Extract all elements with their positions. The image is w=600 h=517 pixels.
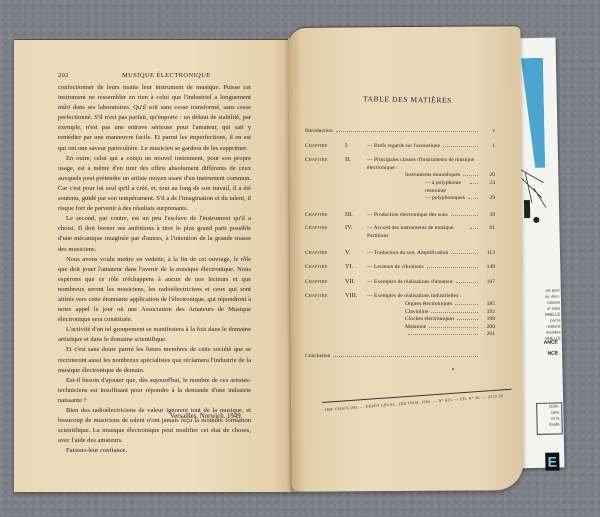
- paragraph: confectionner de leurs mains leur instru…: [58, 83, 251, 154]
- magazine-text: ole pourns, élec-raisonsur sansNNELLEpar…: [524, 287, 561, 342]
- toc-chapter-label: Chapitre: [305, 212, 345, 220]
- toc-chapter-label: Chapitre: [305, 143, 345, 151]
- toc-chapter-number: VIII.: [345, 292, 367, 300]
- page-number: 202: [58, 72, 69, 79]
- toc-leader-dots: [455, 304, 478, 305]
- toc-entry-title: — polyphoniques: [425, 195, 465, 203]
- toc-leader-dots: [336, 131, 478, 132]
- toc-entry: ChapitreIII.— Production électronique de…: [305, 211, 495, 220]
- toc-leader-dots: [463, 175, 478, 176]
- toc-entry: — à polyphonie restreinte24: [305, 180, 495, 195]
- toc-chapter-label: Chapitre: [305, 279, 345, 287]
- magazine-box: OUR-sansns laifsalle: [536, 402, 563, 435]
- toc-entry: 201: [305, 331, 495, 339]
- toc-entry: Matatone200: [305, 324, 495, 332]
- toc-entry: ChapitreIV.— Accord des instruments de m…: [305, 224, 495, 240]
- toc-leader-dots: [429, 327, 478, 328]
- toc-chapter-number: IV.: [345, 224, 367, 232]
- toc-page-number: 185: [481, 301, 495, 309]
- toc-chapter-label: Chapitre: [305, 250, 345, 258]
- toc-page-number: 29: [481, 195, 495, 203]
- signature: Versailles. Norwich. 1949.: [170, 413, 242, 420]
- table-of-contents: IntroductionvChapitreI.— Brefs regards s…: [305, 128, 495, 360]
- toc-entry-title: — à polyphonie restreinte: [425, 180, 467, 195]
- toc-chapter-label: Chapitre: [305, 225, 345, 233]
- toc-entry-title: Introduction: [305, 128, 333, 136]
- toc-page-number: 1: [481, 143, 495, 151]
- toc-page-number: 148: [481, 264, 495, 272]
- toc-leader-dots: [470, 183, 478, 184]
- toc-page-number: 167: [481, 279, 495, 287]
- toc-title: TABLE DES MATIÈRES: [363, 94, 452, 105]
- toc-entry: ChapitreV.— Traduction du son. Amplifica…: [305, 249, 495, 258]
- toc-entry-title: — Brefs regards sur l'acoustique: [367, 143, 440, 151]
- toc-page-number: 198: [481, 316, 495, 324]
- paper-spot: [452, 368, 454, 370]
- paragraph: En outre, celui qui a conçu un nouvel in…: [58, 154, 251, 215]
- toc-entry: ChapitreVI.— Lecteurs de vibrations148: [305, 263, 495, 272]
- toc-entry: Orgues électroniques185: [305, 301, 495, 309]
- toc-chapter-number: VI.: [345, 263, 367, 271]
- magazine-heading-2: NCE: [547, 350, 558, 356]
- paragraph: Le second, par contre, est un peu l'escl…: [58, 214, 251, 254]
- toc-entry-title: — Exemples de réalisations d'amateur: [367, 279, 453, 287]
- paragraph: Est-il besoin d'ajouter que, dès aujourd…: [58, 376, 251, 406]
- toc-entry: Instruments monodiques20: [305, 172, 495, 180]
- toc-entry-title: — Traduction du son. Amplification: [367, 250, 448, 258]
- toc-leader-dots: [431, 312, 478, 313]
- toc-entry-title: — Production électronique des sons: [367, 212, 448, 220]
- magazine-heading-1: ANCE: [544, 339, 558, 345]
- toc-leader-dots: [408, 334, 478, 335]
- toc-entry: Clavioline192: [305, 309, 495, 317]
- toc-entry-title: Cloches électroniques: [405, 316, 454, 324]
- toc-leader-dots: [451, 253, 478, 254]
- toc-page-number: 24: [481, 180, 495, 188]
- toc-entry: Conclusion: [305, 353, 495, 361]
- toc-entry-title: — Principales classes d'instruments de m…: [367, 157, 481, 172]
- toc-entry: Introductionv: [305, 128, 495, 136]
- toc-leader-dots: [468, 198, 478, 199]
- toc-entry: ChapitreVIII.— Exemples de réalisations …: [305, 292, 495, 301]
- magazine-blue-stripe: [521, 58, 545, 168]
- toc-leader-dots: [470, 228, 478, 229]
- toc-page-number: 81: [481, 225, 495, 233]
- toc-chapter-label: Chapitre: [305, 157, 345, 165]
- toc-entry-title: Clavioline: [405, 309, 428, 317]
- toc-chapter-label: Chapitre: [305, 264, 345, 272]
- toc-entry: — polyphoniques29: [305, 195, 495, 203]
- toc-chapter-label: Chapitre: [305, 293, 345, 301]
- toc-entry-title: Matatone: [405, 324, 426, 332]
- toc-chapter-number: V.: [345, 249, 367, 257]
- toc-leader-dots: [443, 146, 478, 147]
- toc-leader-dots: [457, 319, 478, 320]
- toc-leader-dots: [427, 267, 478, 268]
- toc-page-number: v: [481, 128, 495, 136]
- toc-leader-dots: [451, 215, 478, 216]
- paragraph: Et c'est sans doute parmi les futurs mem…: [58, 345, 251, 375]
- paragraph: Faisons-leur confiance.: [58, 446, 251, 456]
- toc-chapter-number: I.: [345, 142, 367, 150]
- toc-entry: ChapitreII.— Principales classes d'instr…: [305, 156, 495, 172]
- toc-page-number: 39: [481, 212, 495, 220]
- toc-chapter-number: III.: [345, 211, 367, 219]
- running-head-title: Musique Électronique: [122, 72, 211, 79]
- toc-entry-title: Orgues électroniques: [405, 301, 452, 309]
- toc-page-number: 200: [481, 324, 495, 332]
- toc-entry: Cloches électroniques198: [305, 316, 495, 324]
- toc-entry-title: — Accord des instruments de musique. Par…: [367, 225, 467, 240]
- toc-entry-title: Instruments monodiques: [405, 172, 460, 180]
- paragraph: L'activité d'un tel groupement se manife…: [58, 325, 251, 345]
- left-page-body: confectionner de leurs mains leur instru…: [58, 83, 251, 456]
- toc-entry-title: Conclusion: [305, 353, 330, 361]
- toc-leader-dots: [456, 282, 478, 283]
- toc-entry-title: — Lecteurs de vibrations: [367, 264, 424, 272]
- paragraph: Nous avons voulu mettre en vedette, à la…: [58, 255, 251, 326]
- toc-entry: ChapitreVII.— Exemples de réalisations d…: [305, 278, 495, 287]
- toc-page-number: 20: [481, 172, 495, 180]
- toc-page-number: 113: [481, 250, 495, 258]
- toc-chapter-number: II.: [345, 156, 367, 164]
- toc-chapter-number: VII.: [345, 278, 367, 286]
- toc-entry-title: — Exemples de réalisations industrielles…: [367, 293, 461, 301]
- magazine-badge: E: [545, 452, 559, 470]
- toc-page-number: 201: [481, 331, 495, 339]
- toc-leader-dots: [333, 356, 478, 357]
- toc-page-number: 192: [481, 309, 495, 317]
- toc-entry: ChapitreI.— Brefs regards sur l'acoustiq…: [305, 142, 495, 151]
